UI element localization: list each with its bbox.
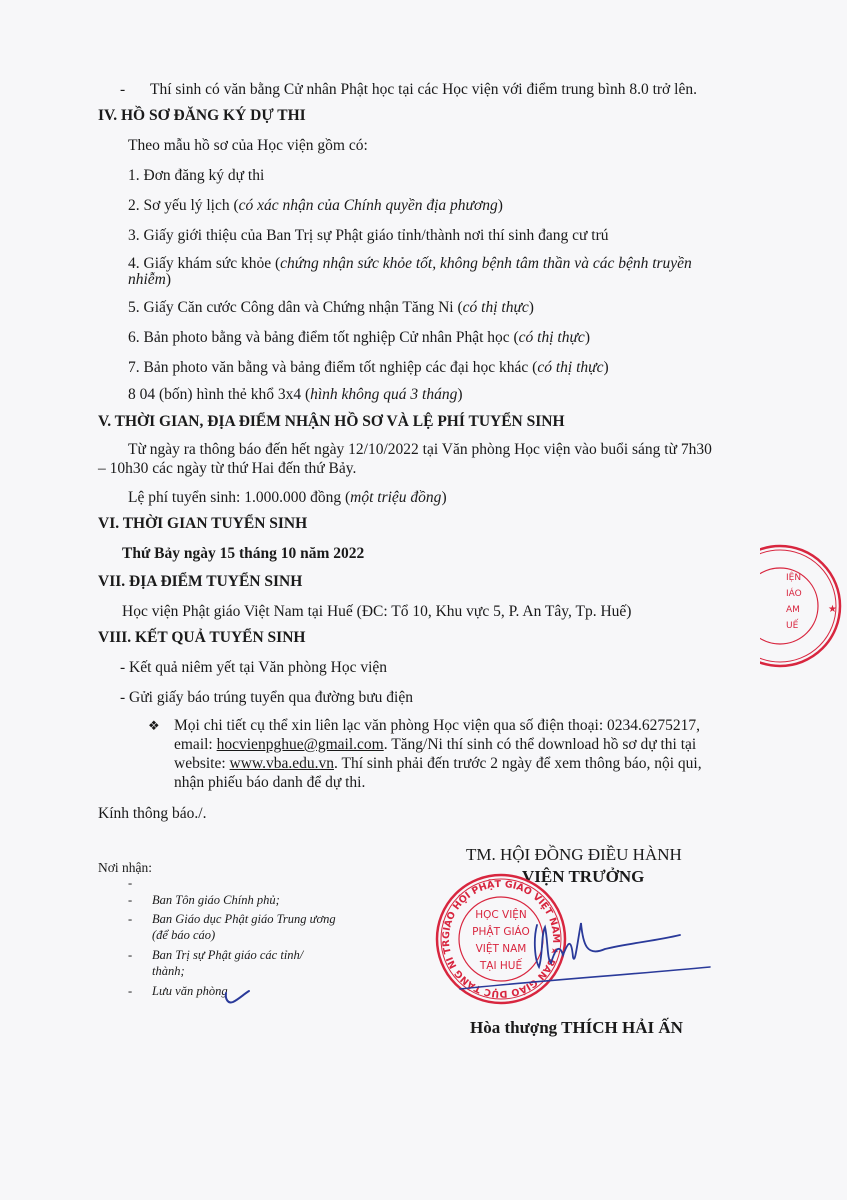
doc-item-4: 4. Giấy khám sức khỏe (chứng nhận sức kh…: [128, 254, 692, 273]
email-link[interactable]: hocvienpghue@gmail.com: [217, 736, 384, 753]
document-page: - Thí sinh có văn bằng Cử nhân Phật học …: [0, 0, 847, 1200]
doc-item-2: 2. Sơ yếu lý lịch (có xác nhận của Chính…: [128, 196, 503, 215]
admission-fee: Lệ phí tuyển sinh: 1.000.000 đồng (một t…: [128, 488, 447, 507]
page-seal-stamp: IỆN IÁO AM UẾ ★: [760, 540, 847, 670]
exam-date: Thứ Bảy ngày 15 tháng 10 năm 2022: [122, 544, 364, 563]
contact-line-2: email: hocvienpghue@gmail.com. Tăng/Ni t…: [174, 735, 696, 754]
svg-text:IỆN: IỆN: [786, 571, 801, 583]
recipient-item: Ban Tôn giáo Chính phủ;: [152, 893, 280, 908]
signer-name: Hòa thượng THÍCH HẢI ẤN: [470, 1018, 683, 1038]
contact-line-4: nhận phiếu báo danh để dự thi.: [174, 773, 365, 792]
svg-text:AM: AM: [786, 605, 800, 615]
section-5-line-2: – 10h30 các ngày từ thứ Hai đến thứ Bảy.: [98, 459, 356, 478]
doc-item-3: 3. Giấy giới thiệu của Ban Trị sự Phật g…: [128, 226, 609, 245]
top-dash: -: [120, 80, 125, 99]
website-link[interactable]: www.vba.edu.vn: [230, 755, 334, 772]
doc-item-6: 6. Bản photo bằng và bảng điểm tốt nghiệ…: [128, 328, 590, 347]
section-4-heading: IV. HỒ SƠ ĐĂNG KÝ DỰ THI: [98, 106, 306, 125]
recipient-item: Ban Giáo dục Phật giáo Trung ương: [152, 912, 336, 927]
svg-text:★: ★: [828, 604, 837, 615]
recipient-dash: -: [128, 984, 132, 999]
recipient-item: thành;: [152, 964, 185, 979]
svg-text:IÁO: IÁO: [786, 587, 802, 599]
recipient-dash: -: [128, 912, 132, 927]
doc-item-1: 1. Đơn đăng ký dự thi: [128, 166, 264, 185]
signature-org: TM. HỘI ĐỒNG ĐIỀU HÀNH: [466, 845, 682, 865]
section-4-intro: Theo mẫu hồ sơ của Học viện gồm có:: [128, 136, 368, 155]
section-7-heading: VII. ĐỊA ĐIỂM TUYỂN SINH: [98, 572, 302, 591]
recipient-item: Ban Trị sự Phật giáo các tỉnh/: [152, 948, 303, 963]
section-5-line-1: Từ ngày ra thông báo đến hết ngày 12/10/…: [128, 440, 712, 459]
recipient-dash: -: [128, 893, 132, 908]
closing-text: Kính thông báo./.: [98, 804, 207, 823]
recipient-item: (để báo cáo): [152, 928, 215, 943]
doc-item-7: 7. Bản photo văn bằng và bảng điểm tốt n…: [128, 358, 609, 377]
recipient-item: Lưu văn phòng: [152, 984, 228, 999]
recipient-dash: -: [128, 876, 132, 891]
doc-item-4-cont: nhiễm): [128, 270, 171, 289]
exam-address: Học viện Phật giáo Việt Nam tại Huế (ĐC:…: [122, 602, 631, 621]
handwritten-signature: [455, 905, 725, 995]
initial-checkmark-icon: [222, 985, 252, 1007]
contact-line-1: Mọi chi tiết cụ thể xin liên lạc văn phò…: [174, 716, 700, 735]
section-6-heading: VI. THỜI GIAN TUYỂN SINH: [98, 514, 307, 533]
contact-line-3: website: www.vba.edu.vn. Thí sinh phải đ…: [174, 754, 702, 773]
section-8-heading: VIII. KẾT QUẢ TUYỂN SINH: [98, 628, 305, 647]
recipient-dash: -: [128, 948, 132, 963]
diamond-bullet-icon: ❖: [148, 716, 160, 735]
top-item-text: Thí sinh có văn bằng Cử nhân Phật học tạ…: [150, 80, 697, 99]
result-item-1: - Kết quả niêm yết tại Văn phòng Học việ…: [120, 658, 387, 677]
svg-text:UẾ: UẾ: [786, 619, 799, 631]
doc-item-5: 5. Giấy Căn cước Công dân và Chứng nhận …: [128, 298, 534, 317]
recipients-label: Nơi nhận:: [98, 858, 152, 877]
result-item-2: - Gửi giấy báo trúng tuyển qua đường bưu…: [120, 688, 413, 707]
doc-item-8: 8 04 (bốn) hình thẻ khổ 3x4 (hình không …: [128, 385, 463, 404]
section-5-heading: V. THỜI GIAN, ĐỊA ĐIỂM NHẬN HỒ SƠ VÀ LỆ …: [98, 412, 565, 431]
